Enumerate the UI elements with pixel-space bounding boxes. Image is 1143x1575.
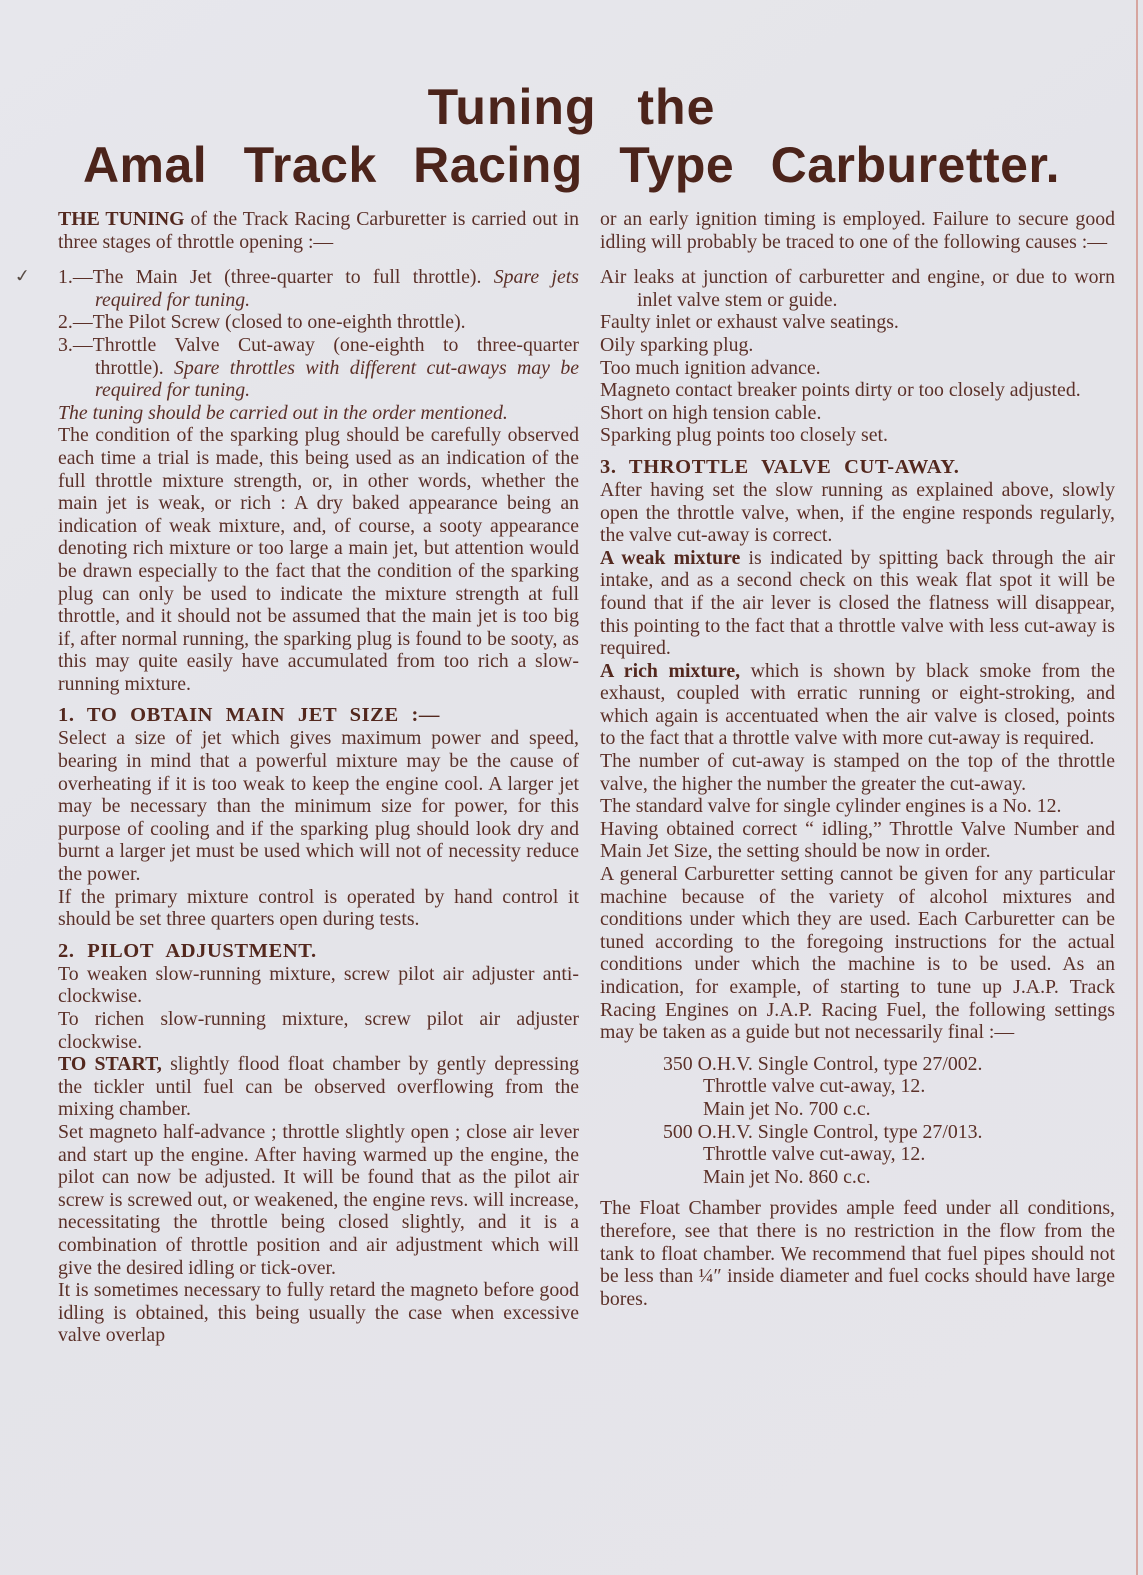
page-title-line2: Amal Track Racing Type Carburetter. bbox=[0, 140, 1143, 191]
paragraph: Select a size of jet which gives maximum… bbox=[58, 727, 579, 885]
list-item: 3.—Throttle Valve Cut-away (one-eighth t… bbox=[58, 334, 579, 402]
text-segment: 350 O.H.V. Single Control, type 27/002. bbox=[663, 1053, 982, 1075]
list-item: Magneto contact breaker points dirty or … bbox=[600, 379, 1115, 402]
text-segment: The tuning should be carried out in the … bbox=[58, 402, 508, 424]
text-segment: If the primary mixture control is operat… bbox=[58, 886, 579, 931]
text-segment: Air leaks at junction of carburetter and… bbox=[600, 266, 1115, 311]
section-heading: 2. PILOT ADJUSTMENT. bbox=[58, 940, 579, 963]
text-segment: A general Carburetter setting cannot be … bbox=[600, 863, 1115, 1043]
text-segment: Set magneto half-advance ; throttle slig… bbox=[58, 1121, 579, 1279]
text-segment: Faulty inlet or exhaust valve seatings. bbox=[600, 311, 899, 333]
paragraph: To richen slow-running mixture, screw pi… bbox=[58, 1008, 579, 1053]
paragraph: THE TUNING of the Track Racing Carburett… bbox=[58, 208, 579, 253]
setting-line: Throttle valve cut-away, 12. bbox=[600, 1075, 1115, 1098]
text-segment: Short on high tension cable. bbox=[600, 402, 821, 424]
text-segment: Too much ignition advance. bbox=[600, 357, 821, 379]
text-segment: TO START, bbox=[58, 1053, 170, 1075]
text-segment: Having obtained correct “ idling,” Throt… bbox=[600, 818, 1115, 863]
list-item: 2.—The Pilot Screw (closed to one-eighth… bbox=[58, 311, 579, 334]
two-column-body: THE TUNING of the Track Racing Carburett… bbox=[58, 208, 1115, 1347]
text-segment: or an early ignition timing is employed.… bbox=[600, 208, 1115, 253]
page-title-line1: Tuning the bbox=[0, 82, 1143, 133]
list-item: 1.—The Main Jet (three-quarter to full t… bbox=[58, 266, 579, 311]
text-segment: 2. PILOT ADJUSTMENT. bbox=[58, 940, 317, 962]
setting-line: 500 O.H.V. Single Control, type 27/013. bbox=[600, 1121, 1115, 1144]
text-segment: After having set the slow running as exp… bbox=[600, 479, 1115, 546]
text-segment: Throttle valve cut-away, 12. bbox=[703, 1075, 925, 1097]
text-segment: The Float Chamber provides ample feed un… bbox=[600, 1197, 1115, 1309]
text-segment: To weaken slow-running mixture, screw pi… bbox=[58, 963, 579, 1008]
paragraph: The number of cut-away is stamped on the… bbox=[600, 750, 1115, 795]
list-item: Air leaks at junction of carburetter and… bbox=[600, 266, 1115, 311]
text-segment: 1.—The Main Jet (three-quarter to full t… bbox=[58, 266, 494, 288]
paragraph: The standard valve for single cylinder e… bbox=[600, 795, 1115, 818]
section-heading: 3. THROTTLE VALVE CUT-AWAY. bbox=[600, 456, 1115, 479]
list-item: Faulty inlet or exhaust valve seatings. bbox=[600, 311, 1115, 334]
list-item: Too much ignition advance. bbox=[600, 357, 1115, 380]
paragraph: TO START, slightly flood float chamber b… bbox=[58, 1053, 579, 1121]
paragraph: The Float Chamber provides ample feed un… bbox=[600, 1197, 1115, 1310]
text-segment: Throttle valve cut-away, 12. bbox=[703, 1143, 925, 1165]
text-segment: Main jet No. 700 c.c. bbox=[703, 1098, 871, 1120]
text-segment: 500 O.H.V. Single Control, type 27/013. bbox=[663, 1121, 982, 1143]
paragraph: To weaken slow-running mixture, screw pi… bbox=[58, 963, 579, 1008]
setting-line: Throttle valve cut-away, 12. bbox=[600, 1143, 1115, 1166]
paragraph: A rich mixture, which is shown by black … bbox=[600, 660, 1115, 750]
text-segment: The standard valve for single cylinder e… bbox=[600, 795, 1061, 817]
text-segment: 3. THROTTLE VALVE CUT-AWAY. bbox=[600, 456, 959, 478]
text-segment: A rich mixture, bbox=[600, 660, 751, 682]
paragraph: It is sometimes necessary to fully retar… bbox=[58, 1279, 579, 1347]
paragraph: After having set the slow running as exp… bbox=[600, 479, 1115, 547]
list-item: Oily sparking plug. bbox=[600, 334, 1115, 357]
paragraph: If the primary mixture control is operat… bbox=[58, 886, 579, 931]
text-segment: The condition of the sparking plug shoul… bbox=[58, 424, 579, 695]
list-item: Short on high tension cable. bbox=[600, 402, 1115, 425]
paragraph: Having obtained correct “ idling,” Throt… bbox=[600, 818, 1115, 863]
page-title: Tuning the Amal Track Racing Type Carbur… bbox=[0, 0, 1143, 191]
text-segment: A weak mixture bbox=[600, 547, 749, 569]
text-segment: THE TUNING bbox=[58, 208, 191, 230]
section-heading: 1. TO OBTAIN MAIN JET SIZE :— bbox=[58, 704, 579, 727]
text-segment: Sparking plug points too closely set. bbox=[600, 424, 888, 446]
text-segment: 2.—The Pilot Screw (closed to one-eighth… bbox=[58, 311, 466, 333]
paragraph: Set magneto half-advance ; throttle slig… bbox=[58, 1121, 579, 1279]
paragraph: The tuning should be carried out in the … bbox=[58, 402, 579, 425]
paragraph: A weak mixture is indicated by spitting … bbox=[600, 547, 1115, 660]
paragraph: or an early ignition timing is employed.… bbox=[600, 208, 1115, 253]
text-segment: To richen slow-running mixture, screw pi… bbox=[58, 1008, 579, 1053]
handwritten-checkmark: ✓ bbox=[12, 264, 33, 287]
text-segment: It is sometimes necessary to fully retar… bbox=[58, 1279, 579, 1346]
left-column: THE TUNING of the Track Racing Carburett… bbox=[58, 208, 579, 1347]
list-item: Sparking plug points too closely set. bbox=[600, 424, 1115, 447]
text-segment: Magneto contact breaker points dirty or … bbox=[600, 379, 1081, 401]
right-column: or an early ignition timing is employed.… bbox=[600, 208, 1115, 1347]
text-segment: 1. TO OBTAIN MAIN JET SIZE :— bbox=[58, 704, 440, 726]
scanned-document-page: { "title": { "line1": "Tuning the", "lin… bbox=[0, 0, 1143, 1575]
text-segment: Main jet No. 860 c.c. bbox=[703, 1166, 871, 1188]
text-segment: Select a size of jet which gives maximum… bbox=[58, 727, 579, 885]
setting-line: Main jet No. 860 c.c. bbox=[600, 1166, 1115, 1189]
paragraph: A general Carburetter setting cannot be … bbox=[600, 863, 1115, 1044]
setting-line: 350 O.H.V. Single Control, type 27/002. bbox=[600, 1053, 1115, 1076]
text-segment: The number of cut-away is stamped on the… bbox=[600, 750, 1115, 795]
page-edge-scan-line bbox=[1136, 0, 1138, 1575]
text-segment: Oily sparking plug. bbox=[600, 334, 753, 356]
setting-line: Main jet No. 700 c.c. bbox=[600, 1098, 1115, 1121]
paragraph: The condition of the sparking plug shoul… bbox=[58, 424, 579, 695]
